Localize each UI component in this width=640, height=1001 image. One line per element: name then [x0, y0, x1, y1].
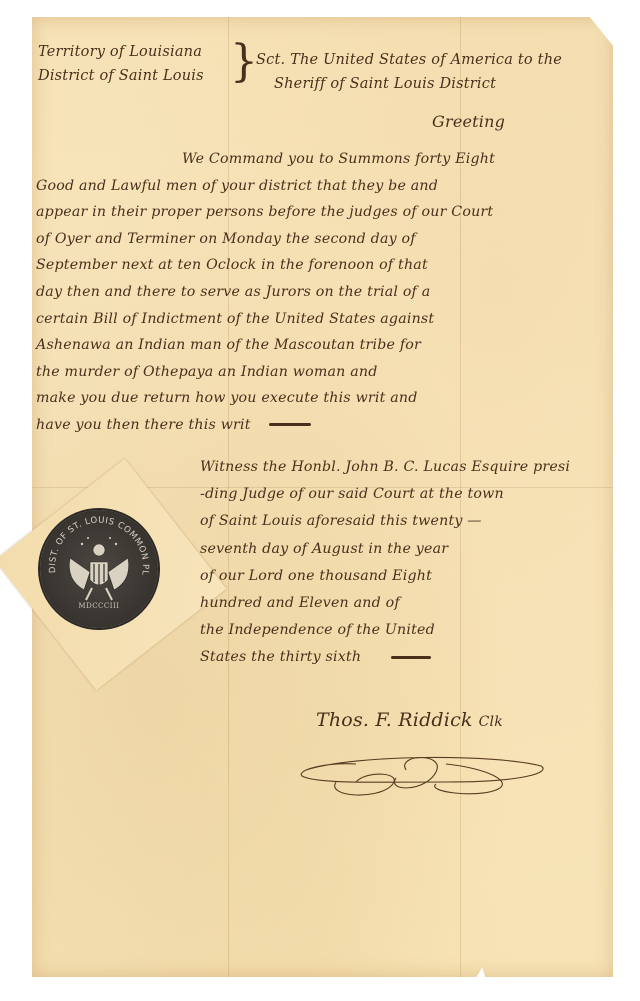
body-line-final: have you then there this writ	[36, 412, 495, 439]
witness-line: of Saint Louis aforesaid this twenty —	[200, 508, 570, 535]
witness-line: hundred and Eleven and of	[200, 590, 570, 617]
body-line: day then and there to serve as Jurors on…	[36, 279, 495, 306]
jurisdiction-line: Territory of Louisiana	[38, 40, 204, 64]
body-line: the murder of Othepaya an Indian woman a…	[36, 359, 495, 386]
address-line: Sct. The United States of America to the	[256, 48, 562, 72]
jurisdiction-line: District of Saint Louis	[38, 64, 204, 88]
seal-emblem-icon: DIST. OF ST. LOUIS COMMON PLEAS	[40, 510, 158, 628]
seal-year: MDCCCIII	[40, 602, 158, 610]
body-line: certain Bill of Indictment of the United…	[36, 306, 495, 333]
clerk-signature: Thos. F. RiddickClk	[316, 709, 503, 731]
signature-title: Clk	[479, 714, 503, 730]
witness-line: of our Lord one thousand Eight	[200, 563, 570, 590]
body-line: appear in their proper persons before th…	[36, 199, 495, 226]
court-seal: DIST. OF ST. LOUIS COMMON PLEAS MDCCCIII	[40, 510, 158, 628]
signature-name: Thos. F. Riddick	[316, 709, 473, 731]
body-line: Ashenawa an Indian man of the Mascoutan …	[36, 332, 495, 359]
witness-line: Witness the Honbl. John B. C. Lucas Esqu…	[200, 454, 570, 481]
ink-dash	[391, 656, 431, 659]
witness-line: -ding Judge of our said Court at the tow…	[200, 481, 570, 508]
body-line: September next at ten Oclock in the fore…	[36, 252, 495, 279]
witness-line: seventh day of August in the year	[200, 536, 570, 563]
ink-dash	[269, 423, 311, 426]
address-heading: Sct. The United States of America to the…	[256, 48, 562, 96]
body-line: Good and Lawful men of your district tha…	[36, 173, 495, 200]
body-line: We Command you to Summons forty Eight	[36, 146, 495, 173]
brace-glyph: }	[230, 38, 258, 86]
witness-line-final: States the thirty sixth	[200, 644, 570, 671]
summons-body: We Command you to Summons forty Eight Go…	[36, 146, 495, 439]
greeting: Greeting	[432, 112, 505, 131]
body-line: of Oyer and Terminer on Monday the secon…	[36, 226, 495, 253]
witness-clause: Witness the Honbl. John B. C. Lucas Esqu…	[200, 454, 570, 672]
jurisdiction-heading: Territory of Louisiana District of Saint…	[38, 40, 204, 88]
body-line: make you due return how you execute this…	[36, 385, 495, 412]
signature-flourish-icon	[296, 742, 556, 802]
address-line: Sheriff of Saint Louis District	[256, 72, 562, 96]
witness-line: the Independence of the United	[200, 617, 570, 644]
